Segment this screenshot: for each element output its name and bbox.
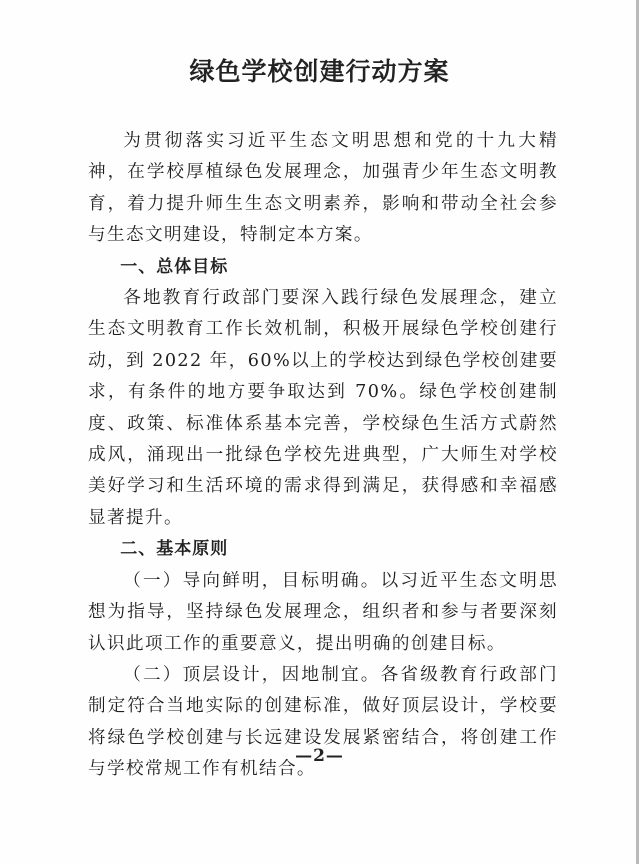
page-number: —2— xyxy=(0,746,639,766)
section-heading-basic-principles: 二、基本原则 xyxy=(88,534,558,565)
section-paragraph: （一）导向鲜明，目标明确。以习近平生态文明思想为指导，坚持绿色发展理念，组织者和… xyxy=(88,566,558,660)
document-body: 为贯彻落实习近平生态文明思想和党的十九大精神，在学校厚植绿色发展理念，加强青少年… xyxy=(88,126,558,786)
section-paragraph: 各地教育行政部门要深入践行绿色发展理念，建立生态文明教育工作长效机制，积极开展绿… xyxy=(88,283,558,534)
document-page: 绿色学校创建行动方案 为贯彻落实习近平生态文明思想和党的十九大精神，在学校厚植绿… xyxy=(0,0,636,864)
document-title: 绿色学校创建行动方案 xyxy=(0,52,639,88)
section-heading-overall-goals: 一、总体目标 xyxy=(88,252,558,283)
intro-paragraph: 为贯彻落实习近平生态文明思想和党的十九大精神，在学校厚植绿色发展理念，加强青少年… xyxy=(88,126,558,252)
section-paragraph: （二）顶层设计，因地制宜。各省级教育行政部门制定符合当地实际的创建标准，做好顶层… xyxy=(88,660,558,786)
